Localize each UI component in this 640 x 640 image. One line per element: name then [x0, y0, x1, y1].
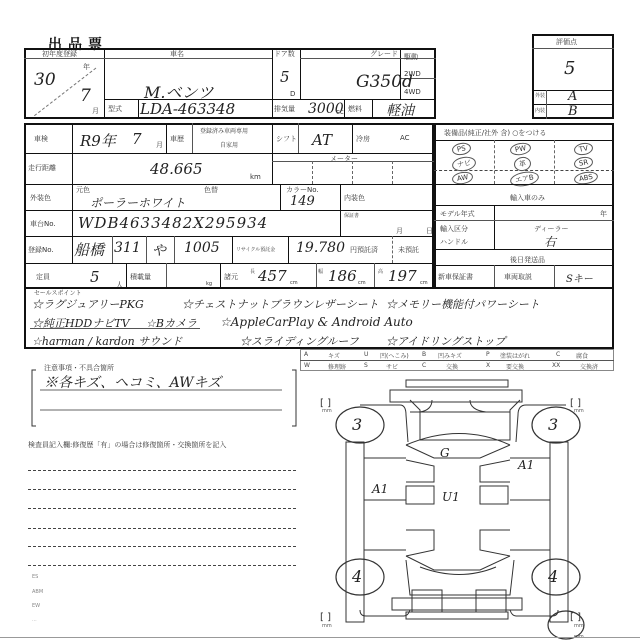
fuel-label: 燃料	[348, 104, 362, 114]
chassis-day-unit: 日	[426, 226, 433, 236]
ac-value: AC	[400, 134, 410, 142]
displacement-unit: cc	[336, 108, 344, 116]
mileage-value: 48.665	[150, 160, 203, 178]
mileage-label: 走行距離	[28, 163, 56, 173]
shift-value: AT	[312, 131, 332, 149]
tire-rear-right: 4	[548, 567, 558, 586]
plate-label: 登録No.	[28, 245, 54, 255]
key-value: Sキー	[566, 270, 593, 285]
chassis-month-unit: 月	[396, 226, 403, 236]
sales-point: ☆AppleCarPlay & Android Auto	[220, 315, 413, 329]
sales-point: ☆ラグジュアリーPKG	[32, 296, 144, 312]
tire-front-right: 3	[548, 415, 558, 434]
footer-label: ABM	[32, 589, 43, 595]
drive-2wd: 2WD	[404, 70, 421, 78]
color-code: 149	[290, 194, 315, 209]
width-unit: cm	[358, 280, 366, 286]
sales-point: ☆アイドリングストップ	[386, 333, 505, 349]
svg-text:[ ]: [ ]	[320, 612, 331, 623]
svg-text:mm: mm	[574, 623, 584, 629]
footer-label: ES	[32, 574, 38, 580]
after-title: 後日発送品	[510, 255, 545, 265]
interior-score: B	[568, 104, 578, 119]
plate-number: 1005	[184, 240, 220, 256]
model-year-unit: 年	[600, 209, 607, 219]
ac-label: 冷房	[356, 134, 370, 144]
capacity-label: 定員	[36, 272, 50, 282]
tire-front-left: 3	[352, 415, 362, 434]
shift-label: シフト	[276, 134, 297, 144]
handle-value: 右	[544, 233, 556, 250]
recycle-fee: 19.780	[296, 240, 345, 256]
warranty-label: 新車保証書	[438, 272, 473, 282]
grade-label: グレード	[370, 49, 398, 59]
equipment-title: 装備品(純正/社外 含) ○をつける	[444, 128, 546, 138]
changed-color-label: 色替	[204, 185, 218, 195]
manual-label: 車両取説	[504, 272, 532, 282]
sales-point: ☆スライディングルーフ	[240, 333, 359, 349]
legend-desc: キズ	[328, 351, 340, 360]
notes-text: ※各キズ、ヘコミ、AWキズ	[44, 372, 221, 392]
legend-code: P	[486, 351, 490, 358]
svg-text:mm: mm	[574, 408, 584, 414]
chassis-label: 車台No.	[30, 219, 56, 229]
legend-desc: 塗装はがれ	[500, 351, 530, 360]
inspection-month: 7	[132, 130, 142, 148]
svg-text:[ ]: [ ]	[570, 612, 581, 623]
plate-class: 311	[114, 240, 141, 256]
damage-mark-right-door: A1	[518, 458, 534, 472]
interior-label: 内装	[535, 107, 545, 114]
height-label: 高	[378, 268, 383, 275]
doors-value: 5	[280, 68, 290, 86]
interior-color-label: 内装色	[344, 193, 365, 203]
load-label: 積載量	[130, 272, 151, 282]
inspection-label: 車検	[34, 134, 48, 144]
warranty-date-label: 保証書	[344, 212, 359, 219]
car-name-label: 車名	[170, 49, 184, 59]
width-value: 186	[328, 267, 357, 285]
damage-mark-left-door: A1	[372, 482, 388, 496]
original-color: ポーラーホワイト	[90, 194, 186, 211]
exterior-score: A	[568, 89, 577, 104]
svg-text:mm: mm	[322, 408, 332, 414]
legend-desc: 腐食	[576, 351, 588, 360]
legend-desc: 凹みキズ	[438, 351, 462, 360]
legend-code: C	[422, 362, 426, 369]
usage-label: 車歴	[170, 134, 184, 144]
model-year-label: モデル年式	[440, 209, 475, 219]
inspector-label: 検査員記入欄:修復歴「有」の場合は修復箇所・交換箇所を記入	[28, 440, 226, 450]
dims-label: 諸元	[224, 272, 238, 282]
usage-value: 自家用	[220, 140, 238, 149]
recycle-unpaid: 未預託	[398, 245, 419, 255]
length-value: 457	[258, 267, 287, 285]
mileage-unit: km	[250, 173, 261, 181]
legend-code: W	[304, 362, 310, 369]
chassis-number: WDB4633482X295934	[78, 214, 268, 232]
model-value: LDA-463348	[140, 100, 235, 118]
car-damage-diagram: [ ] [ ] [ ] [ ] mm mm mm mm mm	[300, 370, 640, 640]
recycle-label: リサイクル預託金	[236, 246, 275, 253]
inspection-value: R9年	[80, 130, 116, 151]
meter-label: メーター	[330, 154, 358, 164]
drive-4wd: 4WD	[404, 88, 421, 96]
registration-label: 初年度登録	[42, 49, 77, 59]
handle-label: ハンドル	[440, 237, 468, 247]
doors-unit: D	[290, 90, 295, 98]
import-title: 輸入車のみ	[510, 193, 545, 203]
damage-mark-windshield: G	[440, 446, 450, 460]
length-unit: cm	[290, 280, 298, 286]
legend-code: C	[556, 351, 560, 358]
import-type-label: 輸入区分	[440, 224, 468, 234]
drive-label: 駆動	[404, 52, 418, 62]
plate-kana: や	[152, 240, 166, 260]
height-value: 197	[388, 267, 417, 285]
model-label: 型式	[108, 104, 122, 114]
color-label: 外装色	[30, 193, 51, 203]
overall-score: 5	[564, 58, 575, 79]
length-label: 長	[250, 268, 255, 275]
plate-region: 船橋	[74, 239, 104, 260]
footer-label: ...	[32, 617, 37, 623]
legend-code: A	[304, 351, 308, 358]
sales-point: ☆harman / kardon サウンド	[32, 333, 182, 349]
inspection-month-unit: 月	[156, 140, 163, 150]
height-unit: cm	[420, 280, 428, 286]
legend-desc: 凹(へこみ)	[380, 351, 409, 360]
svg-text:mm: mm	[322, 623, 332, 629]
legend-code: XX	[552, 362, 560, 369]
diagonal-divider	[26, 60, 102, 118]
width-label: 幅	[318, 268, 323, 275]
legend-code: U	[364, 351, 368, 358]
sales-point: ☆チェストナットブラウンレザーシート	[182, 296, 379, 312]
capacity-value: 5	[90, 268, 100, 286]
recycle-status: 円預託済	[350, 245, 378, 255]
original-color-label: 元色	[76, 185, 90, 195]
tire-rear-left: 4	[352, 567, 362, 586]
sales-point: ☆メモリー機能付パワーシート	[386, 296, 540, 312]
exterior-label: 外装	[535, 92, 545, 99]
damage-mark-roof: U1	[442, 490, 460, 504]
doors-label: ドア数	[274, 49, 295, 59]
displacement-label: 排気量	[274, 104, 295, 114]
usage-note: 登録済み車両専用	[200, 126, 248, 135]
legend-code: B	[422, 351, 426, 358]
footer-label: EW	[32, 603, 40, 609]
score-label: 評価点	[556, 37, 577, 47]
legend-code: X	[486, 362, 490, 369]
legend-code: S	[364, 362, 368, 369]
fuel-value: 軽油	[386, 100, 414, 120]
